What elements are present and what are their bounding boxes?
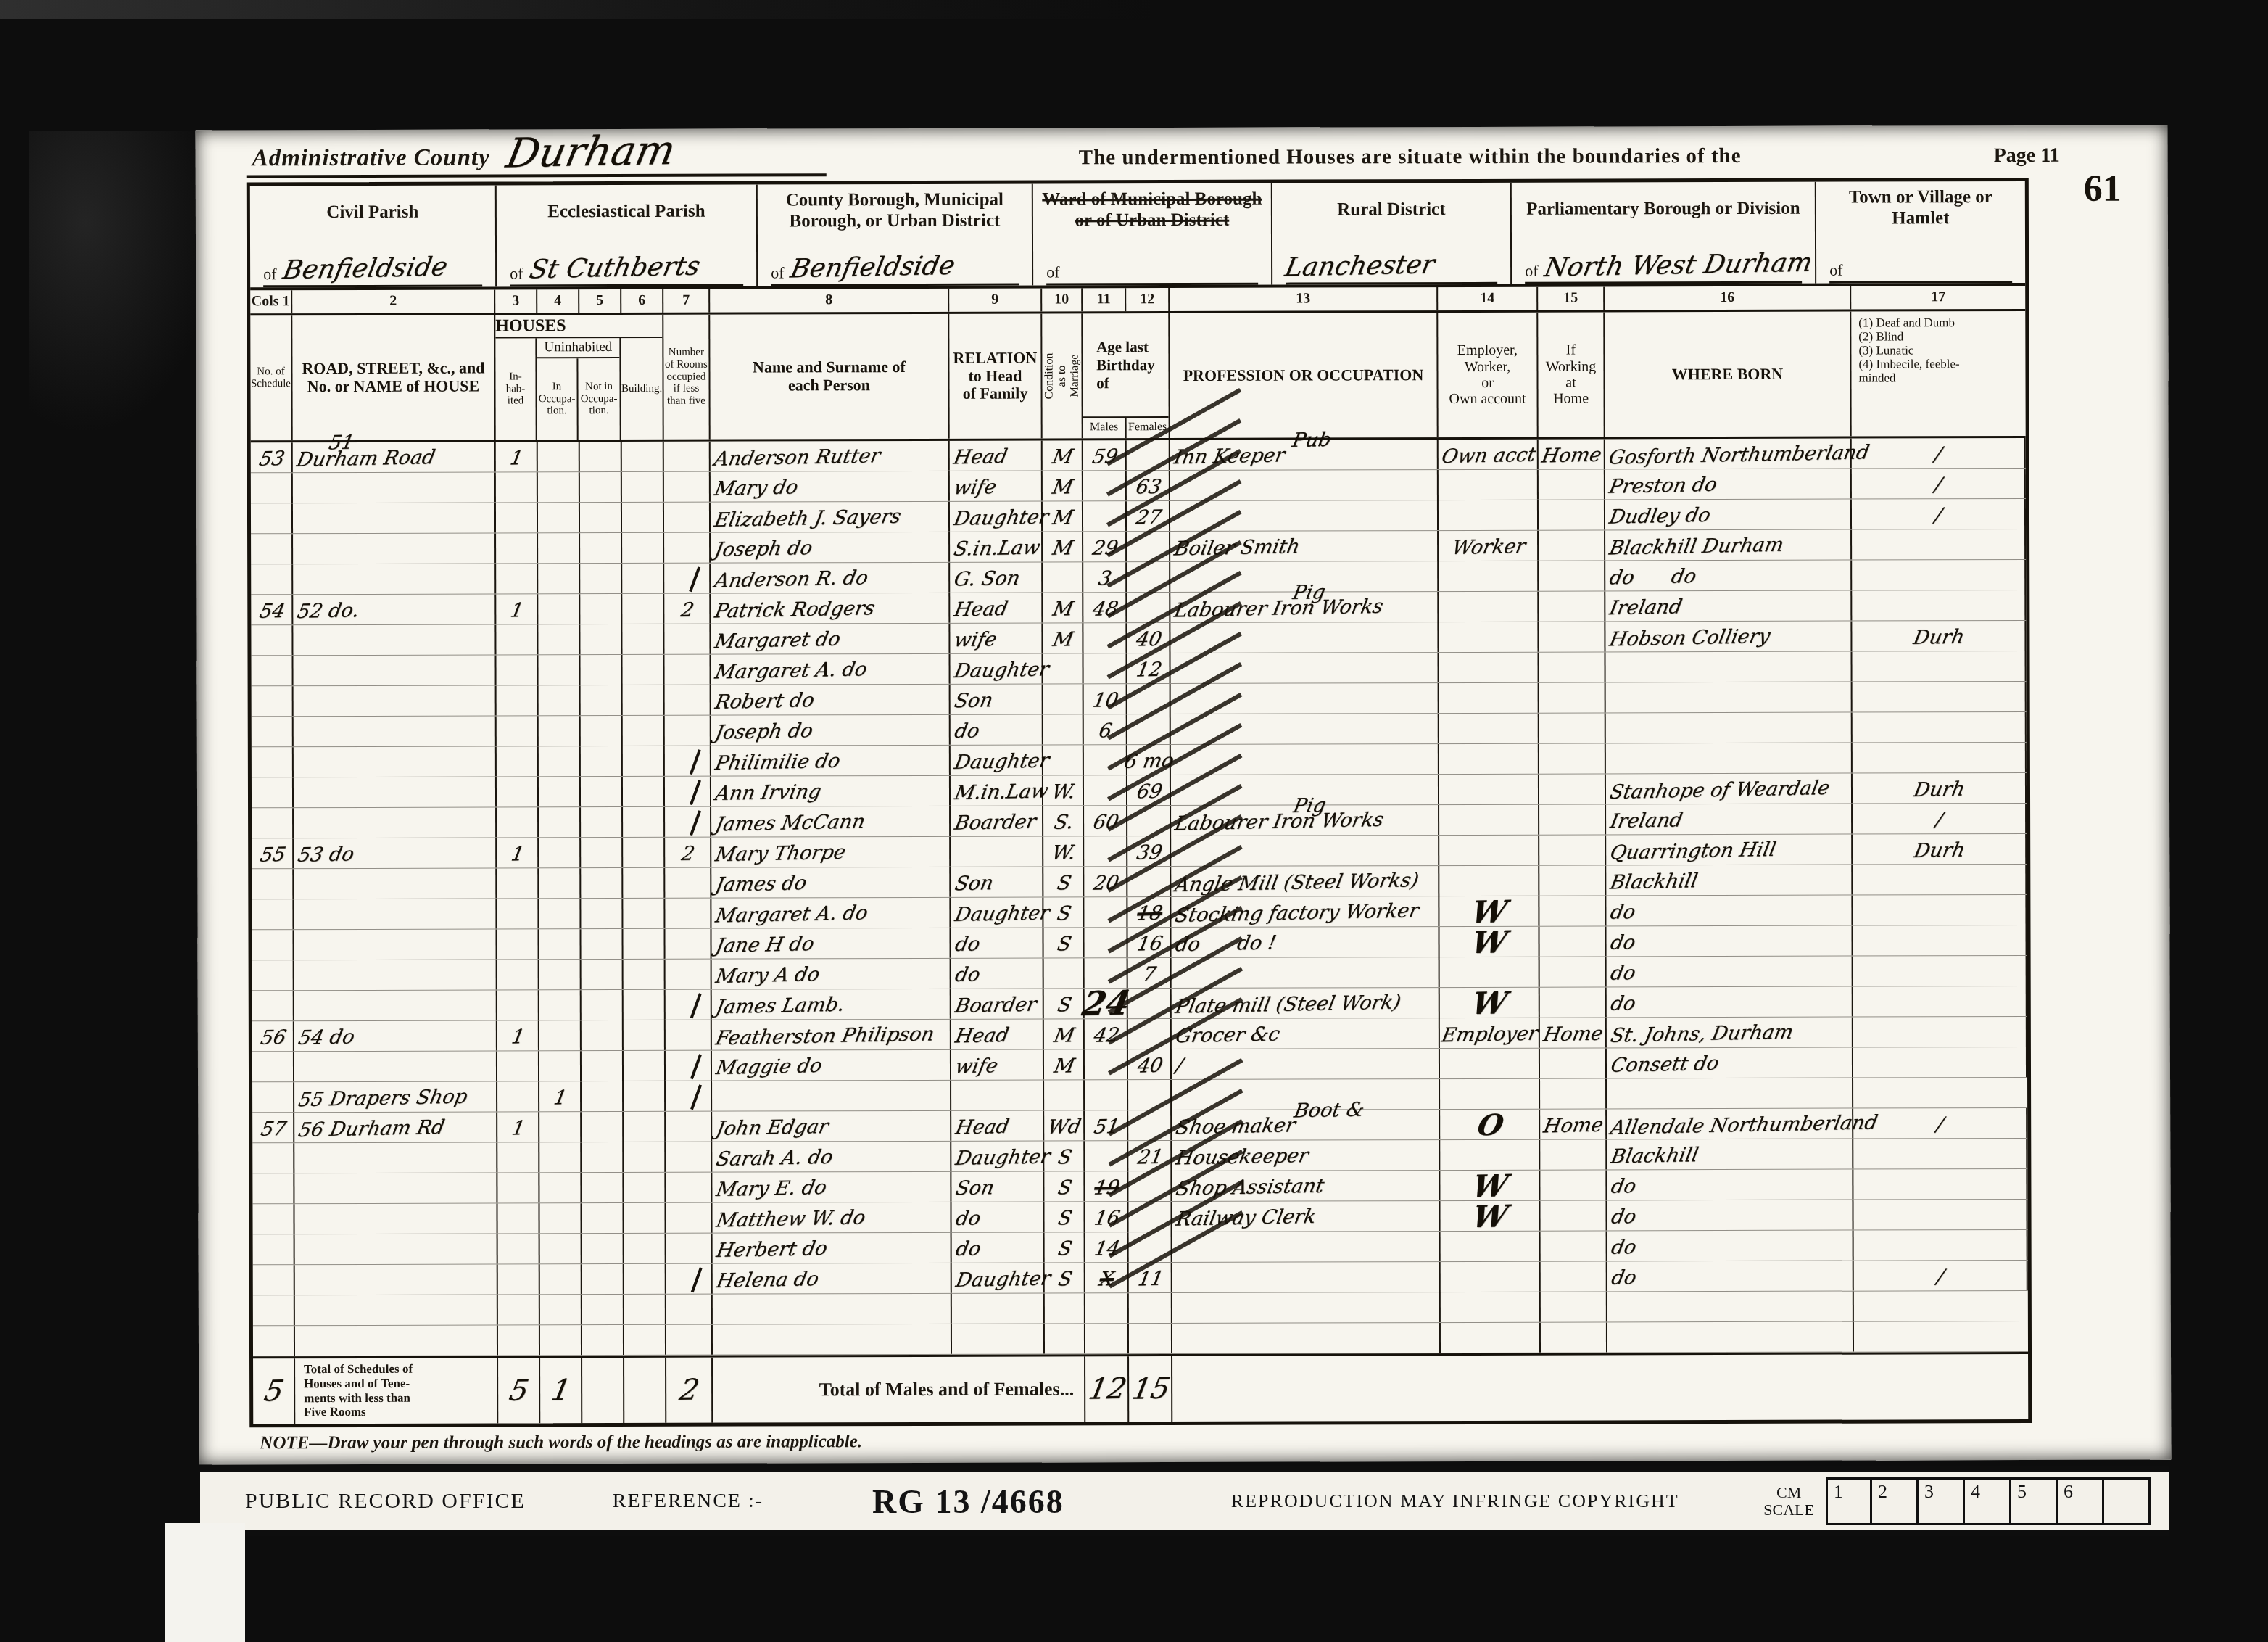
cell-born: Consett do <box>1607 1048 1853 1078</box>
cell-born: do do <box>1605 561 1852 591</box>
cell-n: Featherston Philipson <box>712 1020 951 1050</box>
cell-u1 <box>540 1295 582 1324</box>
copyright-notice: REPRODUCTION MAY INFRINGE COPYRIGHT <box>1231 1490 1679 1512</box>
cell-c <box>1043 745 1084 775</box>
cell-a: 52 do. <box>293 594 496 624</box>
cell-i <box>497 1142 539 1172</box>
cell-s <box>252 1143 294 1173</box>
cell-n: Sarah A. do <box>712 1142 951 1172</box>
cell-inf <box>1853 1047 2027 1078</box>
cell-inf <box>1853 743 2027 773</box>
cell-af <box>1127 684 1171 714</box>
cell-c: S <box>1045 1263 1085 1292</box>
totals-schedule: 5 <box>262 1379 286 1404</box>
census-row <box>253 1291 2028 1326</box>
cell-home <box>1539 469 1605 499</box>
cell-am <box>1084 775 1127 805</box>
cell-inf: / <box>1853 804 2027 834</box>
cell-u1 <box>538 533 580 563</box>
cell-s <box>252 960 294 990</box>
cell-u2 <box>582 1295 624 1324</box>
cell-i <box>497 746 539 776</box>
cell-a <box>294 929 497 960</box>
cell-r <box>666 990 712 1020</box>
cell-r <box>665 716 711 746</box>
cell-s <box>251 503 293 533</box>
cell-home <box>1540 1048 1607 1078</box>
cell-u2 <box>580 624 622 654</box>
cell-am <box>1083 501 1127 531</box>
col-number: 14 <box>1438 287 1538 310</box>
cell-n: Anderson R. do <box>711 563 950 593</box>
cell-occ: Plate mill (Steel Work) <box>1172 988 1440 1018</box>
cell-a <box>293 533 496 564</box>
cell-i <box>497 1203 539 1233</box>
cell-n: Helena do <box>713 1263 952 1294</box>
reference-value: RG 13 /4668 <box>872 1482 1064 1521</box>
cell-i <box>497 899 539 928</box>
cell-occ <box>1170 500 1439 531</box>
cell-am: 16 <box>1085 1202 1128 1231</box>
cell-u2 <box>581 838 623 867</box>
cell-s <box>253 1265 295 1295</box>
cell-occ: Housekeeper <box>1172 1140 1440 1171</box>
census-row: Margaret A. doDaughterS18Stocking factor… <box>252 895 2027 930</box>
district-title: Ecclesiastical Parish <box>497 189 756 235</box>
cell-a <box>294 1203 497 1234</box>
cell-u1 <box>538 624 580 654</box>
cell-s <box>252 1052 294 1081</box>
cell-i <box>497 990 539 1020</box>
cell-am <box>1084 745 1127 775</box>
cell-am <box>1084 928 1127 957</box>
col-number: 6 <box>621 289 663 313</box>
cell-home <box>1539 743 1606 773</box>
cell-inf <box>1853 712 2027 743</box>
district-title: Rural District <box>1272 187 1510 233</box>
cell-born: Allendale Northumberland <box>1607 1109 1853 1139</box>
cell-occ: Inn KeeperPub <box>1170 440 1439 470</box>
cell-occ: Railway Clerk <box>1172 1201 1440 1231</box>
cell-n: Mary A do <box>712 959 951 989</box>
cell-emp <box>1440 1079 1540 1109</box>
header-road: ROAD, STREET, &c., and No. or NAME of HO… <box>292 315 495 440</box>
cell-rel: Head <box>951 1020 1044 1049</box>
cell-occ: do do ! <box>1171 927 1439 957</box>
cell-r: 2 <box>665 838 711 867</box>
cell-emp: W <box>1440 988 1540 1018</box>
film-frame-number: 61 <box>2084 168 2122 210</box>
film-streak <box>0 0 1160 19</box>
census-row: James doSonS20Angle Mill (Steel Works)Bl… <box>252 865 2027 899</box>
cell-emp: W <box>1440 1201 1540 1231</box>
cell-i: 1 <box>497 1112 539 1142</box>
cell-n: Joseph do <box>711 532 950 563</box>
cell-emp: Employer <box>1440 1018 1540 1048</box>
cell-rel: Daughter <box>950 654 1043 684</box>
cell-born: Blackhill Durham <box>1605 530 1852 561</box>
cell-rel: Head <box>950 441 1043 471</box>
col-number: 15 <box>1538 286 1605 310</box>
cell-n: Matthew W. do <box>712 1202 951 1233</box>
cell-rel: Son <box>951 867 1043 897</box>
census-row: 53Durham Road511Anderson RutterHeadM59In… <box>251 438 2026 473</box>
cell-home <box>1539 896 1606 925</box>
cell-af: 63 <box>1127 471 1170 500</box>
cell-born <box>1607 1322 1854 1353</box>
cell-born <box>1606 743 1853 774</box>
cell-a <box>294 1051 497 1081</box>
cell-s <box>252 747 294 777</box>
census-row: Mary dowifeM63Preston do/ <box>251 469 2026 503</box>
cell-u1 <box>539 1051 582 1081</box>
cell-born: Blackhill <box>1606 865 1853 896</box>
cell-rel: wife <box>950 471 1043 501</box>
cell-home <box>1539 622 1605 651</box>
cell-home <box>1539 926 1606 956</box>
ruler-cell: 5 <box>2011 1477 2058 1525</box>
cell-emp <box>1441 1292 1541 1322</box>
cell-emp: Own acct <box>1439 440 1539 469</box>
cell-n: Maggie do <box>712 1050 951 1081</box>
cell-u1 <box>539 929 581 959</box>
cell-am <box>1085 1293 1129 1323</box>
cell-c <box>1044 958 1085 988</box>
cell-u2 <box>581 807 623 837</box>
cell-emp <box>1440 1140 1540 1170</box>
cell-c: S <box>1043 928 1084 957</box>
cell-emp: W <box>1439 927 1539 957</box>
cell-b <box>623 716 665 746</box>
cell-r <box>665 868 711 898</box>
cell-born: St. Johns, Durham <box>1607 1018 1853 1048</box>
cell-home <box>1539 682 1606 712</box>
cell-s <box>252 991 294 1020</box>
cell-af <box>1128 989 1172 1018</box>
cell-u1 <box>539 1142 582 1172</box>
cell-r <box>665 746 711 776</box>
cell-s <box>251 625 293 655</box>
cell-b <box>624 1234 666 1263</box>
cell-u2 <box>580 442 622 471</box>
cell-born: Ireland <box>1606 804 1853 835</box>
cell-inf: / <box>1852 499 2026 529</box>
cell-u2 <box>580 472 622 502</box>
admin-county-row: Administrative County Durham The underme… <box>196 125 2117 178</box>
cell-inf <box>1853 1169 2027 1200</box>
cell-n <box>713 1324 952 1355</box>
cell-r <box>664 564 711 593</box>
cell-born: do <box>1606 896 1853 926</box>
cell-af <box>1127 562 1170 592</box>
header-condition: Condition as to Marriage <box>1042 313 1083 438</box>
cell-am: 51 <box>1085 1110 1128 1140</box>
pen-tick <box>690 993 702 1018</box>
cell-rel: Daughter <box>951 1142 1044 1171</box>
cell-s <box>252 899 294 929</box>
cell-r <box>666 1020 712 1050</box>
cell-u2 <box>582 1325 624 1355</box>
cell-am: 48 <box>1083 593 1127 622</box>
cell-af <box>1129 1232 1172 1262</box>
district-value: ofSt Cuthberts <box>510 234 743 287</box>
col-number: 8 <box>710 289 949 313</box>
cell-rel: do <box>951 959 1044 989</box>
cell-inf <box>1853 986 2027 1017</box>
district-title: County Borough, Municipal Borough, or Ur… <box>758 189 1032 234</box>
cell-i <box>498 1295 540 1324</box>
cell-c: M <box>1043 593 1083 622</box>
cell-af: 27 <box>1127 501 1170 531</box>
header-age-group: Age last Birthday of Males Females <box>1083 313 1170 438</box>
cell-rel: do <box>951 928 1043 958</box>
cell-n: Joseph do <box>711 715 951 746</box>
col-number: 13 <box>1170 287 1438 311</box>
cell-inf: Durh <box>1852 621 2026 651</box>
cell-am: 19 <box>1085 1171 1128 1201</box>
district-cell: Ward of Municipal Borough or of Urban Di… <box>1033 183 1272 286</box>
cell-i <box>498 1234 540 1263</box>
cell-born: do <box>1607 1170 1853 1200</box>
cell-emp <box>1439 805 1539 835</box>
cell-emp <box>1439 836 1539 865</box>
cell-born: do <box>1606 926 1853 957</box>
cell-c: M <box>1043 440 1083 470</box>
census-row: 5452 do.12Patrick RodgersHeadM48Labourer… <box>251 590 2026 625</box>
cell-emp <box>1439 714 1539 743</box>
admin-county-label: Administrative County <box>252 145 490 173</box>
cell-s <box>251 656 293 685</box>
col-number: 7 <box>663 289 710 313</box>
cell-r: 2 <box>664 594 711 624</box>
cell-af <box>1128 1202 1172 1231</box>
district-title: Town or Village or Hamlet <box>1816 186 2025 231</box>
cell-b <box>622 503 664 532</box>
cell-i <box>497 716 539 746</box>
cell-c: S <box>1043 897 1084 927</box>
cell-inf <box>1853 865 2027 895</box>
cell-r <box>665 685 711 715</box>
cell-home <box>1539 500 1605 529</box>
cell-emp: W <box>1439 896 1539 926</box>
pen-tick <box>690 1054 702 1079</box>
census-row: Elizabeth J. SayersDaughterM27Dudley do/ <box>251 499 2026 534</box>
cell-n: Elizabeth J. Sayers <box>711 502 950 532</box>
cell-emp: W <box>1440 1171 1540 1200</box>
cell-home <box>1539 561 1605 590</box>
district-value: Lanchester <box>1286 232 1497 285</box>
cell-r <box>666 1051 712 1081</box>
cell-b <box>622 533 664 563</box>
cell-rel <box>951 837 1043 867</box>
cell-home <box>1539 865 1606 895</box>
cell-af <box>1129 1324 1172 1353</box>
cell-occ <box>1172 957 1440 988</box>
cell-c: W. <box>1043 836 1084 866</box>
cell-am <box>1083 623 1127 653</box>
cell-i <box>496 564 538 593</box>
cell-rel: Daughter <box>951 746 1043 775</box>
cell-c: S <box>1044 1141 1085 1171</box>
cell-a <box>294 990 497 1020</box>
cell-u2 <box>582 1020 624 1050</box>
cell-inf <box>1854 1321 2028 1352</box>
cell-am <box>1085 1080 1128 1110</box>
cell-s <box>252 869 294 899</box>
cell-i: 1 <box>496 594 538 624</box>
cell-am: 14 <box>1085 1232 1129 1262</box>
cell-af: 40 <box>1128 1049 1172 1079</box>
cell-occ <box>1172 1231 1441 1262</box>
cell-u2 <box>580 503 622 532</box>
header-name: Name and Surname of each Person <box>710 314 949 440</box>
cell-occ <box>1172 1323 1441 1353</box>
cell-a <box>294 960 497 990</box>
footnote-text: NOTE—Draw your pen through such words of… <box>260 1432 862 1453</box>
col-number: 2 <box>292 289 495 313</box>
cell-c: Wd <box>1044 1110 1085 1140</box>
cell-born: do <box>1607 957 1853 987</box>
cell-r <box>666 1173 712 1202</box>
situate-text: The undermentioned Houses are situate wi… <box>827 144 1994 176</box>
cell-rel: Son <box>951 1172 1044 1202</box>
cell-u2 <box>580 655 622 685</box>
cell-a <box>294 1142 497 1173</box>
col-number: 3 <box>495 289 537 313</box>
cell-b <box>624 1325 666 1355</box>
cell-rel: Daughter <box>950 502 1043 532</box>
cell-af <box>1127 806 1171 836</box>
header-where-born: WHERE BORN <box>1605 312 1851 437</box>
col-number: 16 <box>1605 286 1851 310</box>
cell-am <box>1084 897 1127 927</box>
cell-inf <box>1852 560 2026 590</box>
cell-occ: Boiler Smith <box>1170 531 1439 561</box>
header-houses-group: HOUSES In- hab- ited Uninhabited In Occu… <box>495 315 663 440</box>
header-houses: HOUSES <box>495 315 662 339</box>
cell-u1 <box>540 1264 582 1294</box>
cell-am: 10 <box>1084 684 1127 714</box>
cell-u1 <box>539 716 581 746</box>
cell-inf: / <box>1854 1261 2028 1291</box>
cell-inf: / <box>1853 1108 2027 1139</box>
census-row: Anderson R. doG. Son3do do <box>251 560 2026 595</box>
cell-inf <box>1854 1230 2028 1261</box>
cell-c: S <box>1044 1171 1085 1201</box>
cell-b <box>622 624 664 654</box>
cell-s: 53 <box>251 442 293 472</box>
cell-n: Patrick Rodgers <box>711 593 950 624</box>
cell-born: do <box>1607 1261 1854 1292</box>
cell-b <box>622 564 664 593</box>
cell-b <box>623 929 665 959</box>
totals-label: Total of Schedules of Houses and of Tene… <box>295 1358 498 1424</box>
header-inhabited: In- hab- ited <box>495 338 537 440</box>
cell-c: S <box>1044 989 1085 1018</box>
cell-a <box>294 868 497 899</box>
cell-am: 59 <box>1083 440 1127 470</box>
census-sheet: Administrative County Durham The underme… <box>196 125 2172 1464</box>
cell-n: Herbert do <box>713 1233 952 1263</box>
cell-home <box>1539 652 1605 682</box>
pen-tick <box>691 1267 703 1292</box>
cell-s <box>251 564 293 594</box>
cell-home <box>1540 1078 1607 1108</box>
cm-scale-label: CM SCALE <box>1763 1484 1814 1519</box>
cell-af: 21 <box>1128 1141 1172 1171</box>
cell-inf <box>1853 1078 2027 1108</box>
cell-c: M <box>1044 1049 1085 1079</box>
cell-af: 69 <box>1127 775 1171 805</box>
cell-born <box>1607 1078 1853 1109</box>
cell-r <box>666 1081 712 1111</box>
cell-b <box>623 899 665 928</box>
cell-n: James do <box>711 867 951 898</box>
cell-u2 <box>581 746 623 776</box>
cell-af: 16 <box>1127 928 1171 957</box>
cell-am: 20 <box>1084 867 1127 896</box>
cell-s <box>252 717 294 746</box>
cell-home <box>1541 1322 1607 1352</box>
district-cell: Ecclesiastical ParishofSt Cuthberts <box>497 185 758 287</box>
header-infirmities: (1) Deaf and Dumb (2) Blind (3) Lunatic … <box>1851 311 2025 437</box>
cell-u2 <box>581 716 623 746</box>
totals-mf-label: Total of Males and of Females... <box>713 1356 1085 1422</box>
cell-inf: / <box>1852 438 2026 469</box>
cell-home: Home <box>1540 1109 1607 1139</box>
admin-county-box: Administrative County Durham <box>247 131 827 178</box>
cell-s <box>253 1326 295 1356</box>
cell-a <box>294 716 497 746</box>
cell-home <box>1541 1292 1607 1321</box>
district-title: Parliamentary Borough or Division <box>1512 186 1815 232</box>
header-building: Building. <box>621 338 662 440</box>
census-row: James Lamb.BoarderS24Plate mill (Steel W… <box>252 986 2027 1021</box>
district-value: of <box>1829 231 2012 284</box>
cell-r <box>666 960 712 989</box>
col-number: 5 <box>579 289 621 313</box>
cell-s: 56 <box>252 1021 294 1051</box>
header-uninh-in: In Occupa- tion. <box>537 358 578 440</box>
cell-c <box>1044 1080 1085 1110</box>
cell-af: 7 <box>1128 958 1172 988</box>
census-row: Herbert dodoS14do <box>253 1230 2028 1265</box>
cell-b <box>623 685 665 715</box>
cell-a <box>293 503 496 533</box>
cell-r <box>665 807 711 837</box>
cell-inf <box>1853 682 2027 712</box>
cell-occ: Shoe makerBoot & <box>1172 1110 1440 1140</box>
cell-i <box>497 929 539 959</box>
cell-occ <box>1170 653 1439 683</box>
cell-n: John Edgar <box>712 1111 951 1142</box>
cell-i <box>496 503 538 532</box>
cell-rel: Boarder <box>951 806 1043 836</box>
cell-born: Stanhope of Weardale <box>1606 774 1853 804</box>
census-row: Ann IrvingM.in.LawW.69Stanhope of Wearda… <box>252 773 2027 808</box>
census-row: Philimilie doDaughter6 mo <box>252 743 2027 777</box>
cell-a <box>293 655 496 685</box>
cell-rel <box>952 1294 1045 1324</box>
census-row: Matthew W. dodoS16Railway ClerkWdo <box>252 1200 2027 1234</box>
header-females: Females <box>1127 418 1169 438</box>
cell-i <box>497 1173 539 1202</box>
cell-emp <box>1439 744 1539 774</box>
cell-rel: wife <box>951 1050 1044 1080</box>
census-row: Maggie dowifeM40/Consett do <box>252 1047 2027 1082</box>
cell-n: Mary Thorpe <box>711 837 951 867</box>
cell-n: Margaret do <box>711 624 950 654</box>
